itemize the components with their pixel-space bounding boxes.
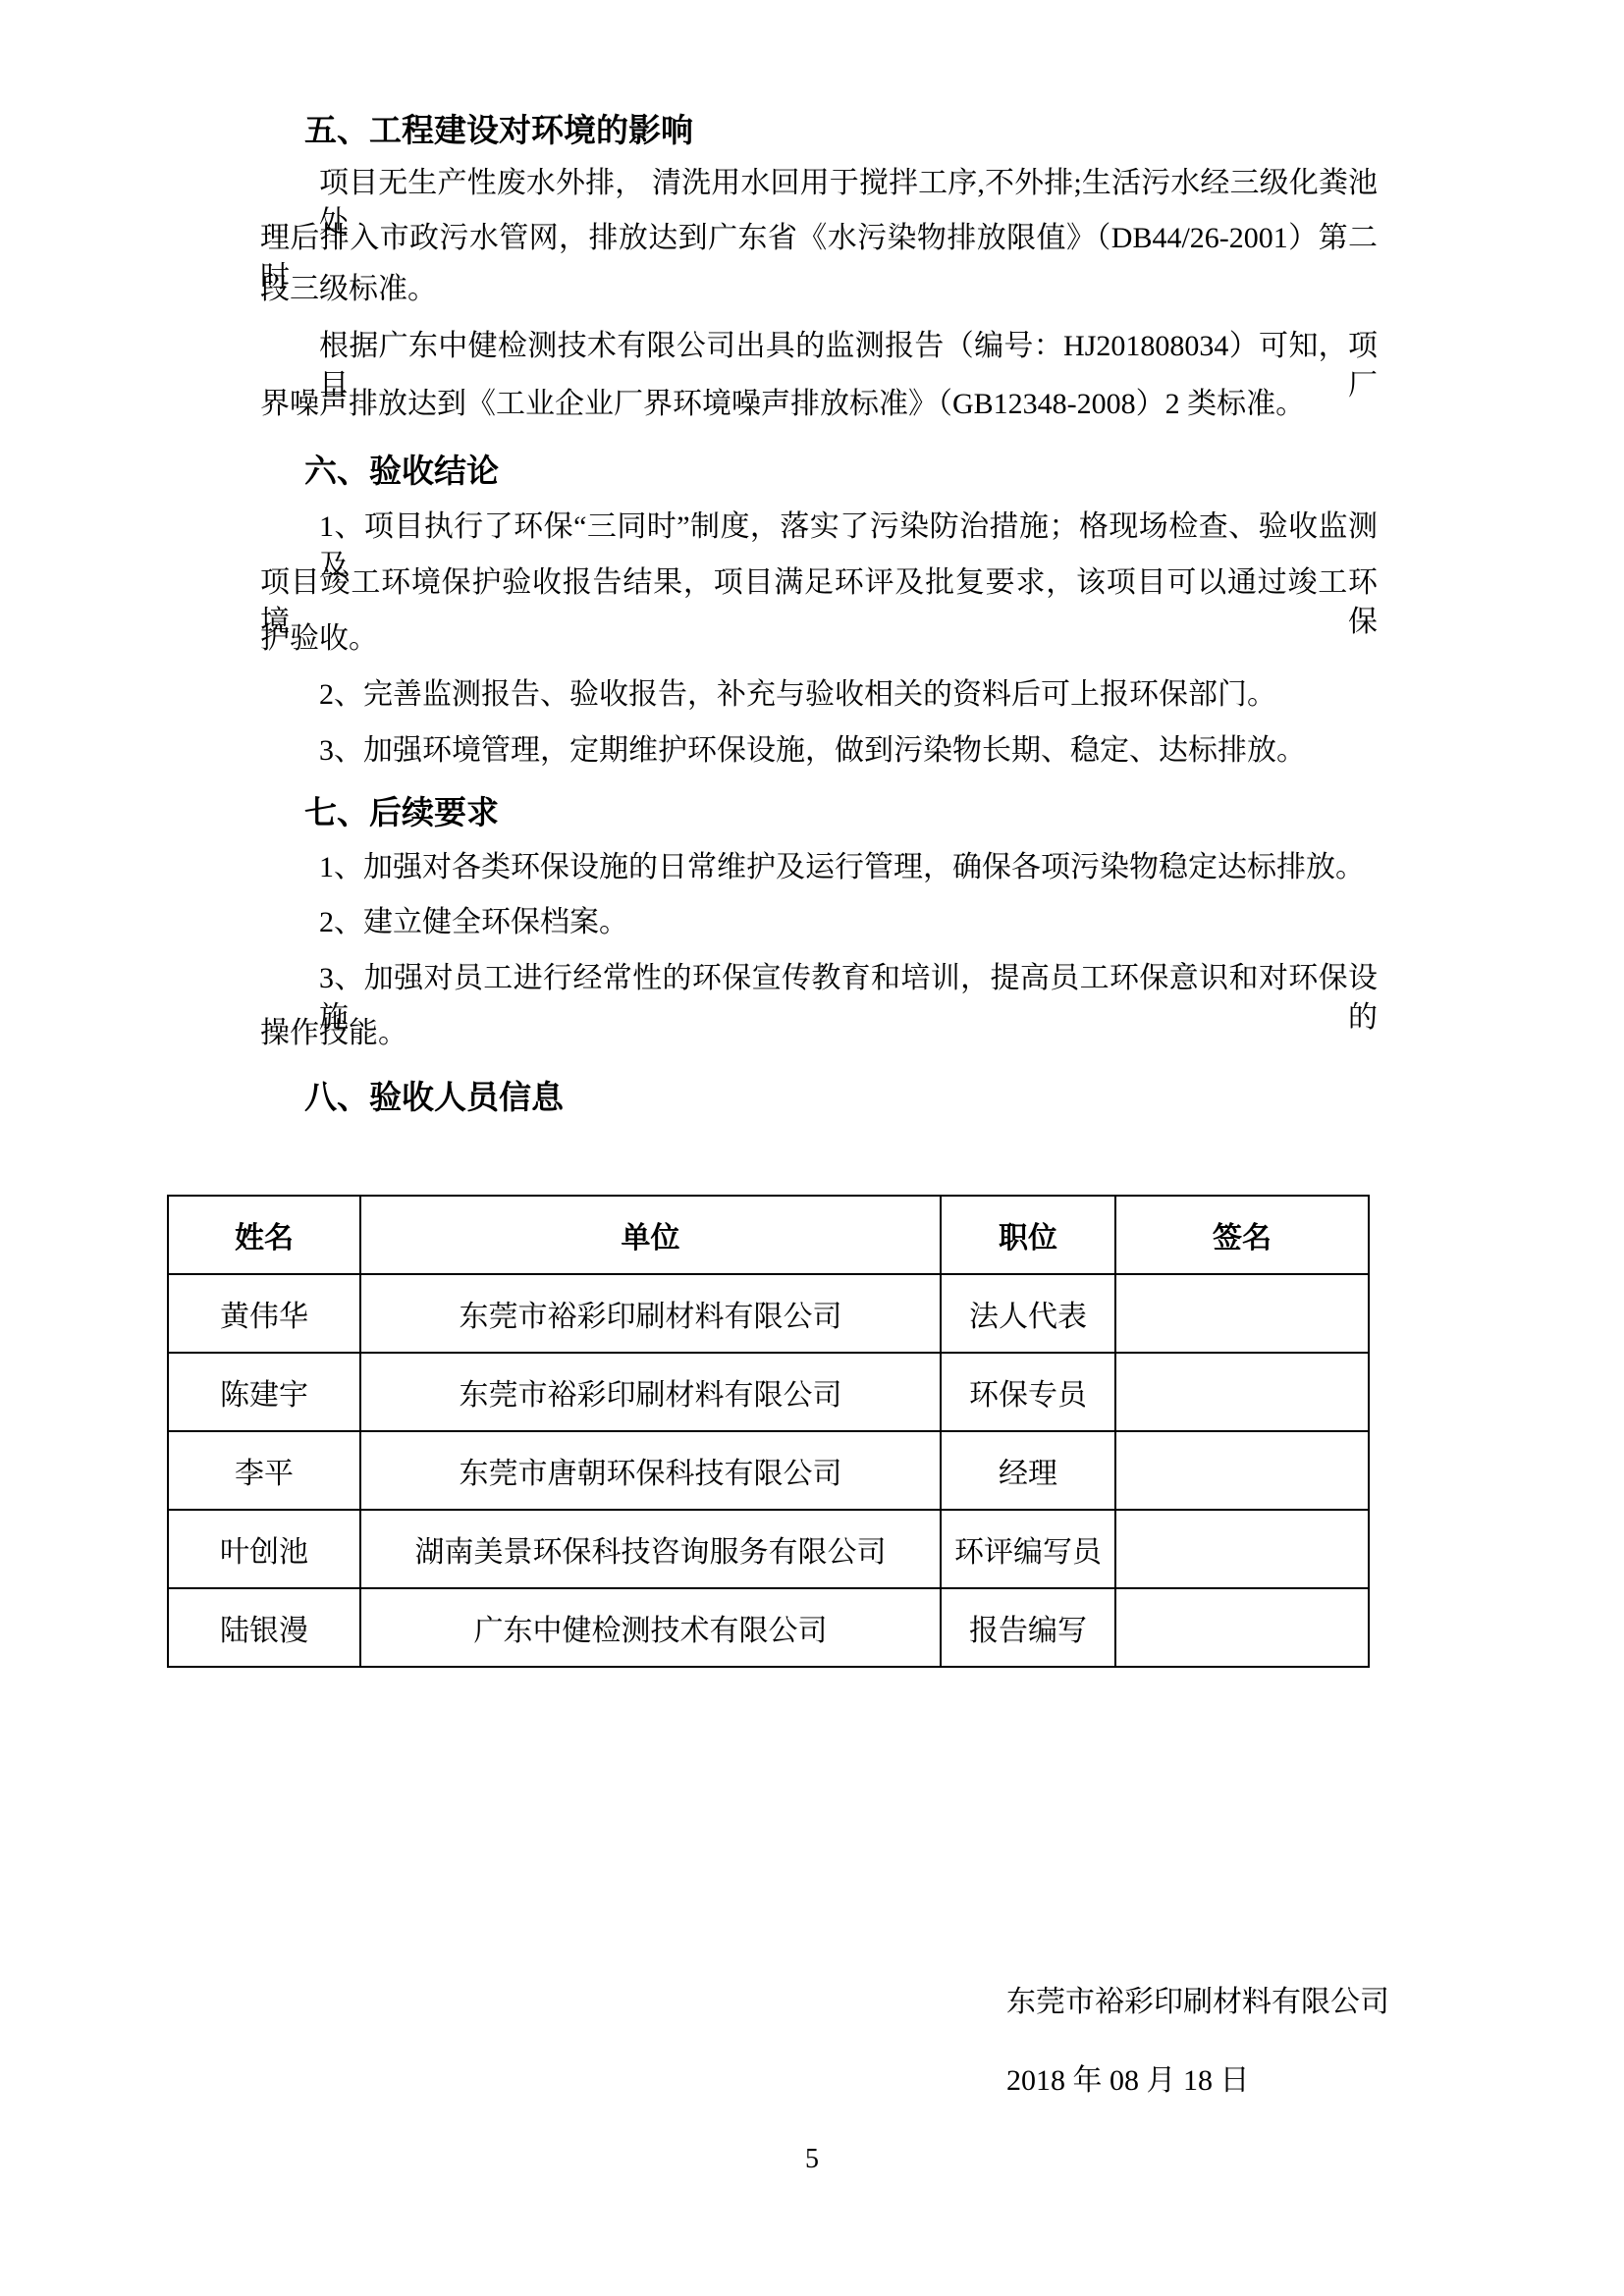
table-row: 黄伟华 东莞市裕彩印刷材料有限公司 法人代表 bbox=[168, 1274, 1369, 1353]
section-heading-7: 七、后续要求 bbox=[304, 791, 499, 834]
table-cell-unit: 东莞市裕彩印刷材料有限公司 bbox=[360, 1353, 941, 1431]
section-heading-8: 八、验收人员信息 bbox=[304, 1076, 564, 1119]
table-cell-name: 李平 bbox=[168, 1431, 360, 1510]
personnel-table: 姓名 单位 职位 签名 黄伟华 东莞市裕彩印刷材料有限公司 法人代表 陈建宇 东… bbox=[167, 1195, 1370, 1668]
table-cell-signature bbox=[1115, 1353, 1369, 1431]
page-number: 5 bbox=[0, 2144, 1624, 2175]
table-header-cell-signature: 签名 bbox=[1115, 1196, 1369, 1274]
table-cell-position: 报告编写 bbox=[941, 1588, 1115, 1667]
table-cell-position: 经理 bbox=[941, 1431, 1115, 1510]
table-cell-name: 黄伟华 bbox=[168, 1274, 360, 1353]
table-cell-position: 法人代表 bbox=[941, 1274, 1115, 1353]
paragraph-line: 护验收。 bbox=[260, 619, 378, 659]
table-header-cell-name: 姓名 bbox=[168, 1196, 360, 1274]
table-cell-name: 陈建宇 bbox=[168, 1353, 360, 1431]
table-cell-name: 陆银漫 bbox=[168, 1588, 360, 1667]
signature-date: 2018 年 08 月 18 日 bbox=[1006, 2061, 1250, 2101]
table-header-row: 姓名 单位 职位 签名 bbox=[168, 1196, 1369, 1274]
paragraph-line: 段三级标准。 bbox=[260, 270, 437, 309]
table-cell-position: 环评编写员 bbox=[941, 1510, 1115, 1588]
table-cell-unit: 广东中健检测技术有限公司 bbox=[360, 1588, 941, 1667]
signature-company: 东莞市裕彩印刷材料有限公司 bbox=[1006, 1983, 1389, 2022]
paragraph-line: 界噪声排放达到《工业企业厂界环境噪声排放标准》（GB12348-2008）2 类… bbox=[260, 385, 1305, 424]
paragraph-line: 1、加强对各类环保设施的日常维护及运行管理，确保各项污染物稳定达标排放。 bbox=[319, 848, 1365, 887]
table-cell-signature bbox=[1115, 1588, 1369, 1667]
table-row: 李平 东莞市唐朝环保科技有限公司 经理 bbox=[168, 1431, 1369, 1510]
section-heading-6: 六、验收结论 bbox=[304, 450, 499, 493]
paragraph-line: 3、加强环境管理，定期维护环保设施，做到污染物长期、稳定、达标排放。 bbox=[319, 731, 1306, 771]
table-cell-signature bbox=[1115, 1274, 1369, 1353]
table-cell-position: 环保专员 bbox=[941, 1353, 1115, 1431]
paragraph-line: 操作技能。 bbox=[260, 1014, 407, 1053]
table-row: 叶创池 湖南美景环保科技咨询服务有限公司 环评编写员 bbox=[168, 1510, 1369, 1588]
table-cell-unit: 东莞市唐朝环保科技有限公司 bbox=[360, 1431, 941, 1510]
paragraph-line: 2、建立健全环保档案。 bbox=[319, 903, 628, 942]
document-page: 五、工程建设对环境的影响 项目无生产性废水外排， 清洗用水回用于搅拌工序,不外排… bbox=[0, 0, 1624, 2296]
section-heading-5: 五、工程建设对环境的影响 bbox=[304, 109, 693, 152]
table-cell-unit: 东莞市裕彩印刷材料有限公司 bbox=[360, 1274, 941, 1353]
table-cell-unit: 湖南美景环保科技咨询服务有限公司 bbox=[360, 1510, 941, 1588]
paragraph-line: 2、完善监测报告、验收报告，补充与验收相关的资料后可上报环保部门。 bbox=[319, 675, 1276, 715]
table-cell-signature bbox=[1115, 1510, 1369, 1588]
table-header-cell-unit: 单位 bbox=[360, 1196, 941, 1274]
paragraph-line: 3、加强对员工进行经常性的环保宣传教育和培训，提高员工环保意识和对环保设施的 bbox=[319, 959, 1378, 1038]
table-row: 陈建宇 东莞市裕彩印刷材料有限公司 环保专员 bbox=[168, 1353, 1369, 1431]
table-row: 陆银漫 广东中健检测技术有限公司 报告编写 bbox=[168, 1588, 1369, 1667]
table-cell-signature bbox=[1115, 1431, 1369, 1510]
table-header-cell-position: 职位 bbox=[941, 1196, 1115, 1274]
paragraph-line: 项目竣工环境保护验收报告结果，项目满足环评及批复要求，该项目可以通过竣工环境保 bbox=[260, 563, 1378, 642]
table-cell-name: 叶创池 bbox=[168, 1510, 360, 1588]
